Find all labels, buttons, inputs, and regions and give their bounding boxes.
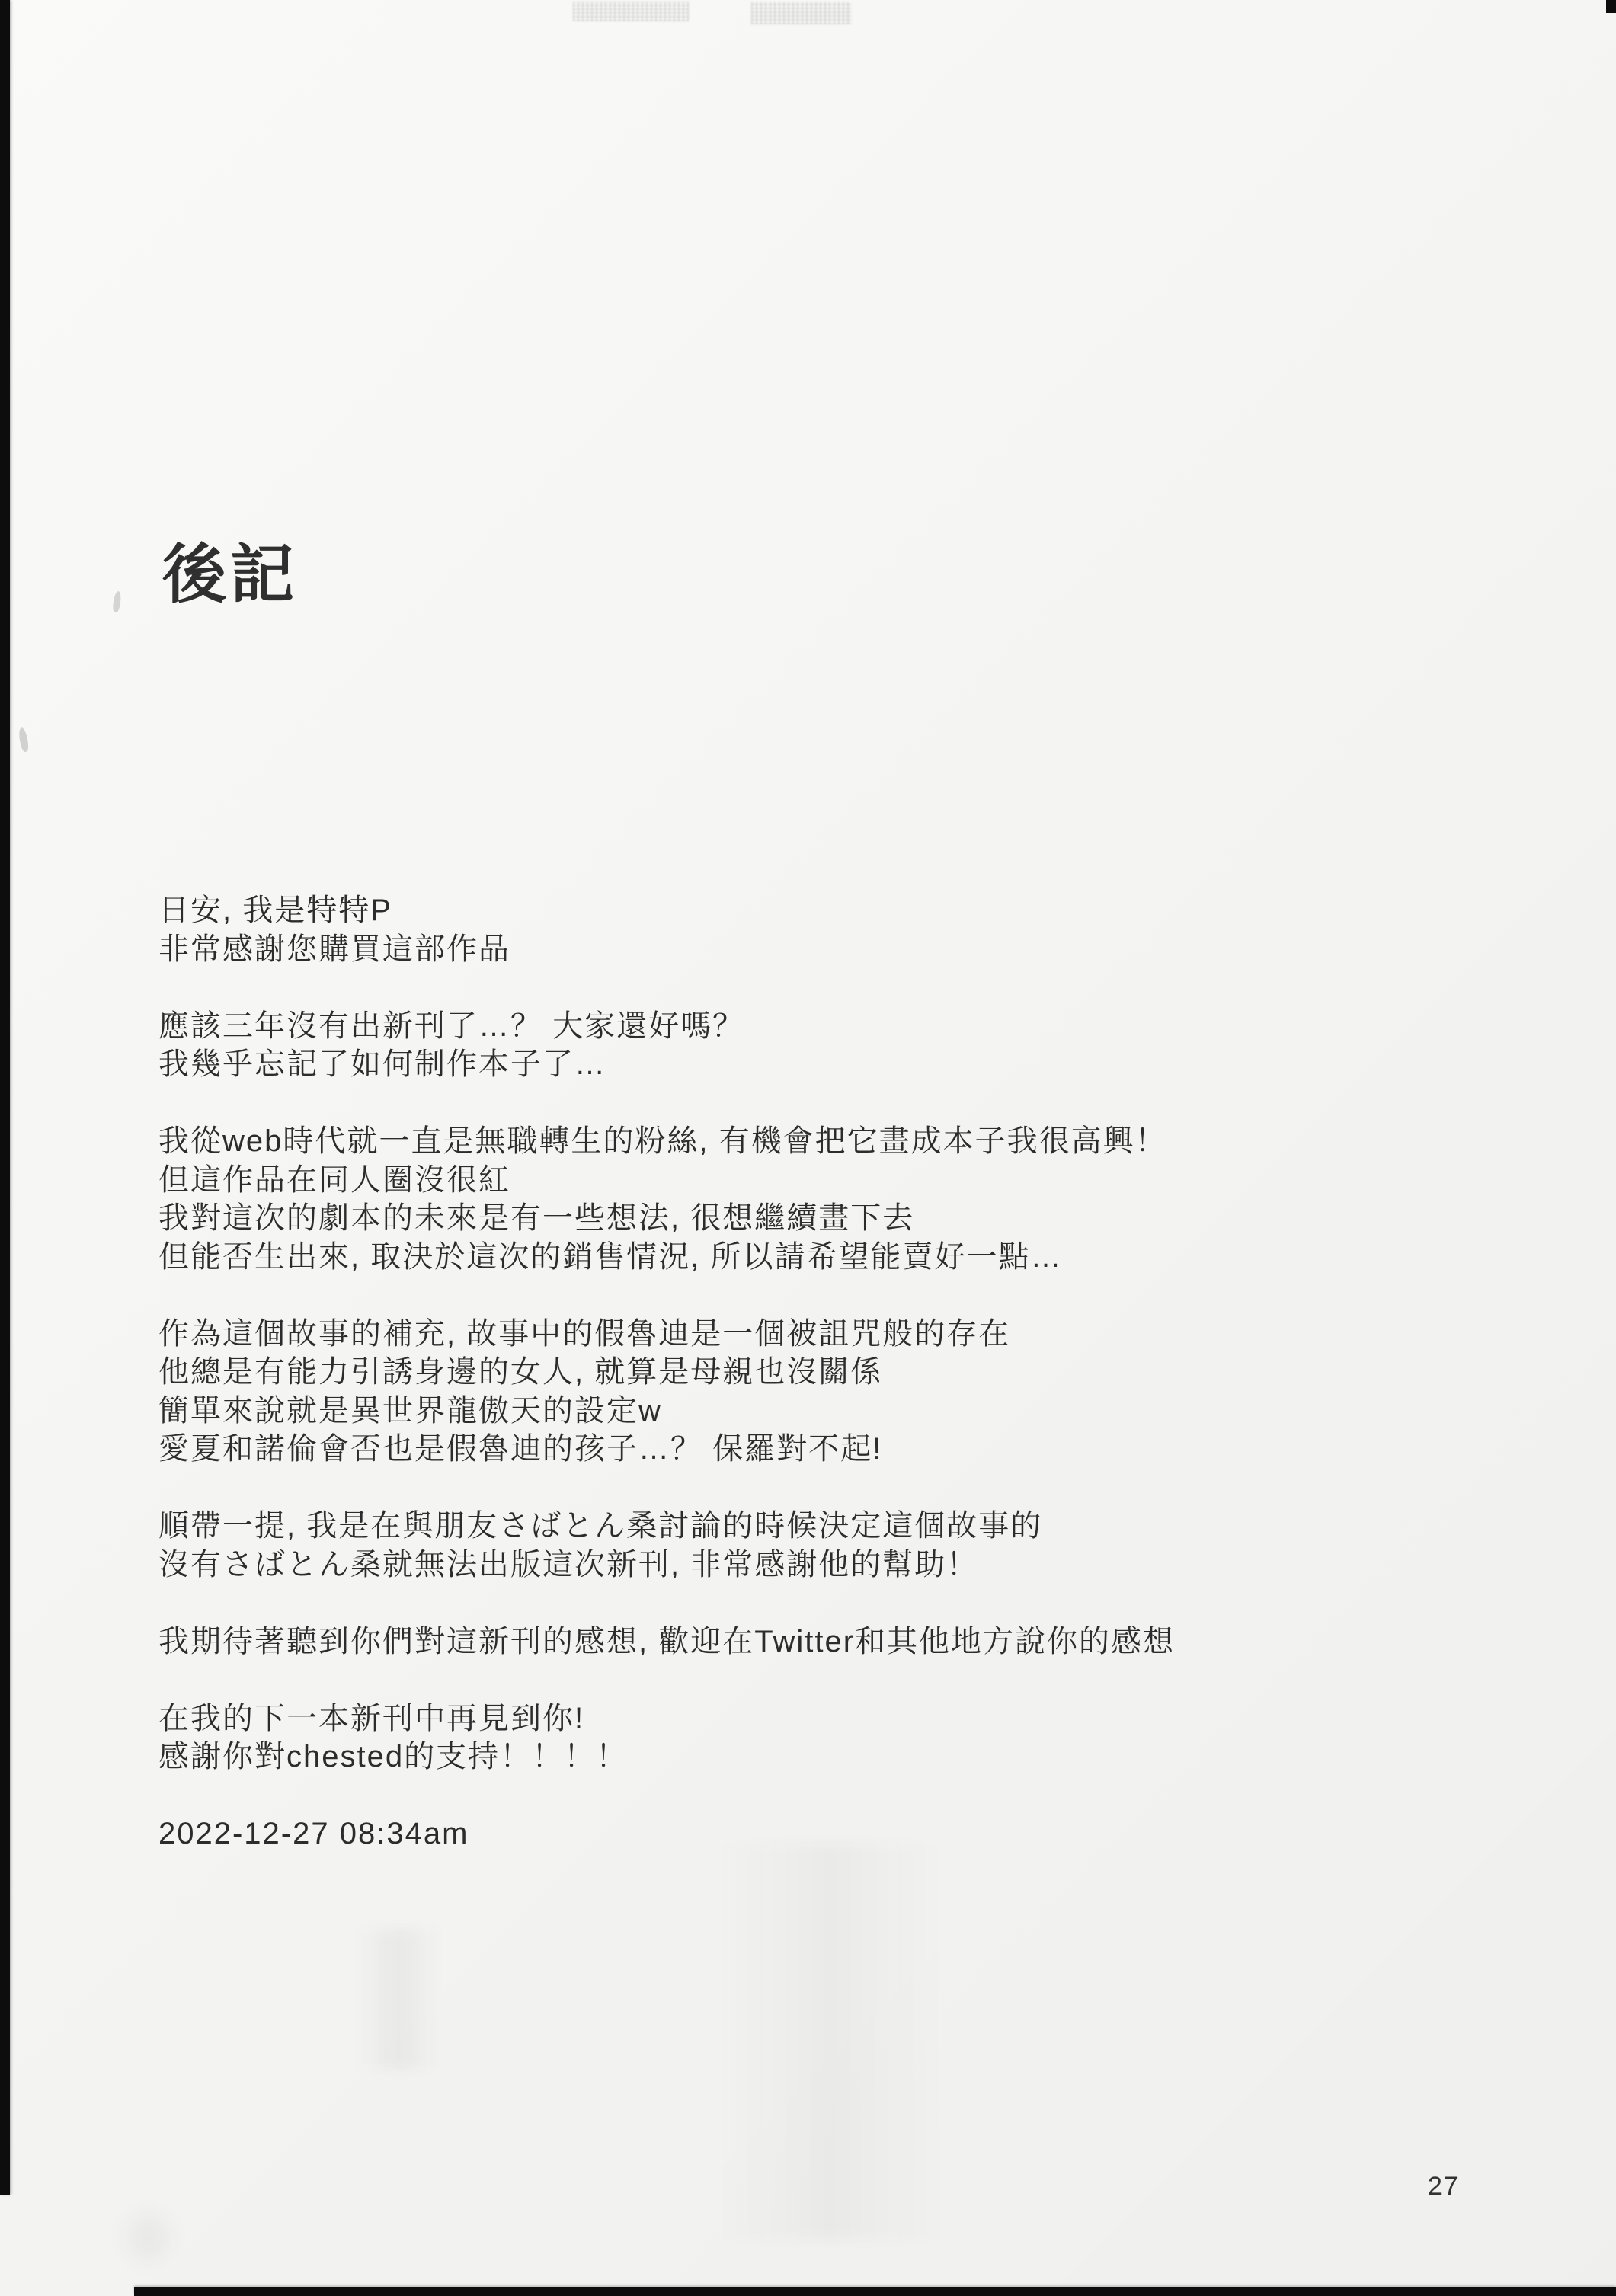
scan-edge-corner [1606,0,1616,13]
scanned-afterword-page: 後記 日安, 我是特特P 非常感謝您購買這部作品 應該三年沒有出新刊了…？ 大家… [0,0,1616,2296]
text-line: 應該三年沒有出新刊了…？ 大家還好嗎？ [158,1007,1499,1046]
scan-smudge-artifact [716,1844,945,2240]
blank-line [158,1084,1499,1123]
text-line: 但這作品在同人圈沒很紅 [158,1161,1499,1200]
scan-speck-artifact [18,727,29,752]
text-line: 簡單來說就是異世界龍傲天的設定w [158,1392,1499,1431]
text-line: 非常感謝您購買這部作品 [158,930,1499,969]
scan-edge-left [0,0,10,2195]
text-line: 愛夏和諾倫會否也是假魯迪的孩子…？ 保羅對不起! [158,1430,1499,1469]
blank-line [158,1776,1499,1815]
text-line: 但能否生出來, 取決於這次的銷售情況, 所以請希望能賣好一點… [158,1238,1499,1277]
scan-speck-artifact [112,591,122,613]
text-line: 我從web時代就一直是無職轉生的粉絲, 有機會把它畫成本子我很高興！ [158,1122,1499,1161]
text-line: 沒有さばとん桑就無法出版這次新刊, 非常感謝他的幫助！ [158,1546,1499,1584]
scan-noise-artifact [573,2,689,21]
scan-noise-artifact [751,2,852,24]
text-line: 我期待著聽到你們對這新刊的感想, 歡迎在Twitter和其他地方說你的感想 [158,1623,1499,1661]
text-line: 順帶一提, 我是在與朋友さばとん桑討論的時候決定這個故事的 [158,1507,1499,1546]
blank-line [158,1469,1499,1508]
blank-line [158,968,1499,1007]
blank-line [158,1276,1499,1315]
blank-line [158,1584,1499,1623]
timestamp: 2022-12-27 08:34am [158,1815,1499,1853]
text-line: 感謝你對chested的支持！！！！ [158,1738,1499,1776]
text-line: 我幾乎忘記了如何制作本子了… [158,1045,1499,1084]
scan-smudge-artifact [357,1929,440,2070]
scan-edge-bottom [134,2287,1616,2296]
text-line: 作為這個故事的補充, 故事中的假魯迪是一個被詛咒般的存在 [158,1315,1499,1354]
text-line: 在我的下一本新刊中再見到你! [158,1700,1499,1738]
page-title: 後記 [162,539,298,609]
text-line: 我對這次的劇本的未來是有一些想法, 很想繼續畫下去 [158,1199,1499,1238]
text-line: 日安, 我是特特P [158,891,1499,930]
blank-line [158,1661,1499,1700]
scan-smudge-artifact [114,2202,183,2274]
page-number: 27 [1428,2172,1460,2202]
afterword-text: 日安, 我是特特P 非常感謝您購買這部作品 應該三年沒有出新刊了…？ 大家還好嗎… [158,891,1499,1853]
text-line: 他總是有能力引誘身邊的女人, 就算是母親也沒關係 [158,1353,1499,1392]
